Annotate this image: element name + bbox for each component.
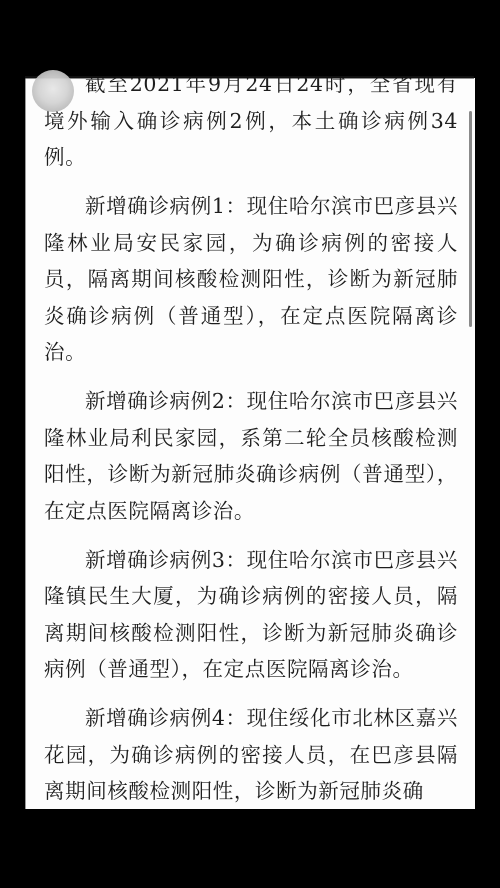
paragraph-case-2: 新增确诊病例2：现住哈尔滨市巴彦县兴隆林业局利民家园，系第二轮全员核酸检测阳性，… bbox=[44, 383, 458, 529]
assistive-touch-icon[interactable] bbox=[32, 70, 74, 112]
article-viewer[interactable]: 截至2021年9月24日24时，全省现有境外输入确诊病例2例，本土确诊病例34例… bbox=[25, 78, 475, 809]
vertical-scrollbar[interactable] bbox=[469, 111, 472, 327]
screen: 截至2021年9月24日24时，全省现有境外输入确诊病例2例，本土确诊病例34例… bbox=[0, 0, 500, 888]
paragraph-summary: 截至2021年9月24日24时，全省现有境外输入确诊病例2例，本土确诊病例34例… bbox=[44, 78, 458, 176]
article-body: 截至2021年9月24日24时，全省现有境外输入确诊病例2例，本土确诊病例34例… bbox=[44, 78, 458, 809]
top-edge-divider bbox=[25, 76, 474, 79]
paragraph-case-4: 新增确诊病例4：现住绥化市北林区嘉兴花园，为确诊病例的密接人员，在巴彦县隔离期间… bbox=[44, 700, 458, 809]
paragraph-case-1: 新增确诊病例1：现住哈尔滨市巴彦县兴隆林业局安民家园，为确诊病例的密接人员，隔离… bbox=[44, 188, 458, 371]
paragraph-case-3: 新增确诊病例3：现住哈尔滨市巴彦县兴隆镇民生大厦，为确诊病例的密接人员，隔离期间… bbox=[44, 542, 458, 688]
